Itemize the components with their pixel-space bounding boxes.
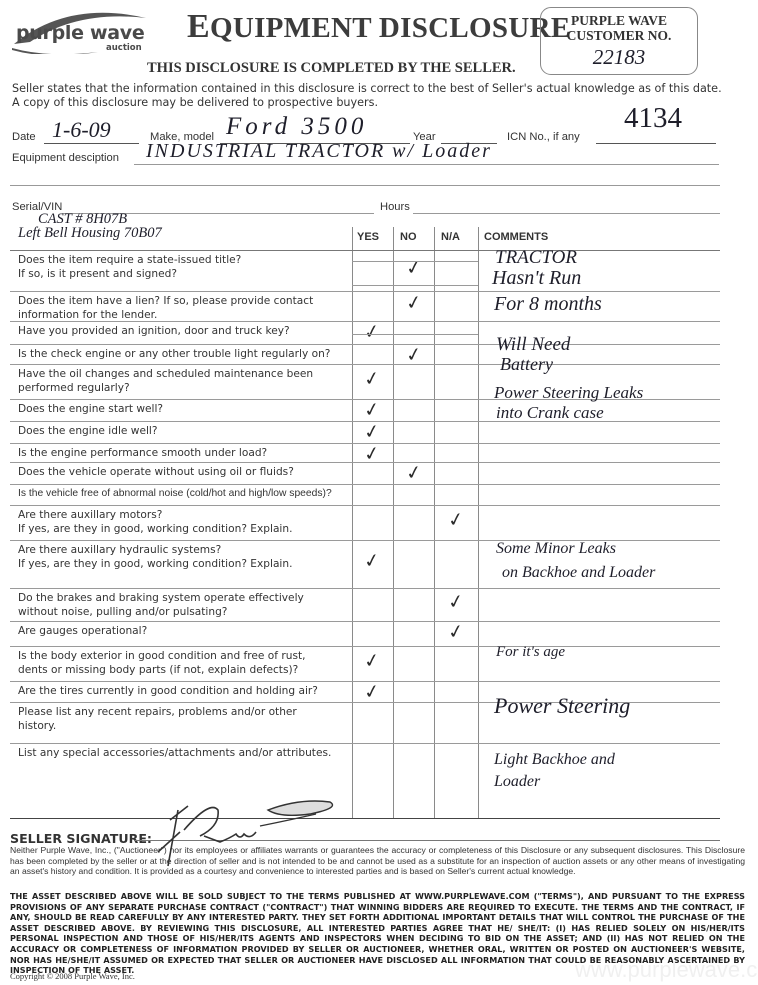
table-row: Does the engine idle well?✓ [10, 421, 720, 443]
answer-cell-na[interactable] [436, 421, 477, 443]
answer-cell-na[interactable] [436, 364, 477, 399]
row-divider [10, 291, 720, 292]
answer-cell-no[interactable] [394, 364, 435, 399]
question-text: Have the oil changes and scheduled maint… [18, 367, 313, 395]
checkmark-icon: ✓ [362, 549, 382, 573]
table-row: Is the vehicle free of abnormal noise (c… [10, 484, 720, 505]
header-na: N/A [441, 231, 460, 243]
answer-cell-yes[interactable] [352, 344, 393, 364]
question-text: Have you provided an ignition, door and … [18, 324, 290, 338]
checkmark-icon: ✓ [362, 398, 382, 422]
checkmark-icon: ✓ [404, 461, 424, 485]
row-divider [10, 621, 720, 622]
page-subtitle: THIS DISCLOSURE IS COMPLETED BY THE SELL… [147, 60, 516, 77]
row-divider [10, 646, 720, 647]
question-text: Does the vehicle operate without using o… [18, 465, 294, 479]
table-row: Does the vehicle operate without using o… [10, 462, 720, 484]
sub-row-divider [352, 285, 478, 286]
table-row: Is the check engine or any other trouble… [10, 344, 720, 364]
copyright-notice: Copyright © 2008 Purple Wave, Inc. [10, 971, 135, 981]
checkmark-icon: ✓ [404, 255, 424, 279]
hours-field[interactable] [413, 200, 720, 214]
column-divider [434, 227, 435, 818]
page-title: EQUIPMENT DISCLOSURE [187, 8, 570, 46]
comment-text[interactable]: Power Steering [494, 693, 630, 719]
header-yes: YES [357, 231, 379, 243]
answer-cell-no[interactable] [394, 621, 435, 646]
checkmark-icon: ✓ [446, 507, 466, 531]
checkmark-icon: ✓ [446, 620, 466, 644]
question-text: Is the check engine or any other trouble… [18, 347, 330, 361]
question-text: Please list any recent repairs, problems… [18, 705, 297, 733]
disclaimer-paragraph: Neither Purple Wave, Inc., ("Auctioneer"… [10, 845, 745, 877]
answer-cell-no[interactable] [394, 702, 435, 743]
comment-text[interactable]: Some Minor Leaks [496, 540, 616, 558]
answer-cell-yes[interactable]: ✓ [352, 364, 393, 399]
question-text: Is the engine performance smooth under l… [18, 446, 267, 460]
checkmark-icon: ✓ [362, 366, 382, 390]
table-row: Are there auxillary motors? If yes, are … [10, 505, 720, 540]
answer-cell-yes[interactable]: ✓ [352, 540, 393, 588]
sub-row-divider [352, 261, 478, 262]
answer-cell-na[interactable] [436, 702, 477, 743]
logo-brand-text: purple wave [16, 22, 144, 44]
answer-cell-na[interactable] [436, 646, 477, 681]
row-divider [10, 743, 720, 744]
question-text: List any special accessories/attachments… [18, 746, 331, 760]
answer-cell-na[interactable] [436, 462, 477, 484]
equipment-description-field[interactable]: INDUSTRIAL TRACTOR w/ Loader [134, 140, 719, 165]
answer-cell-no[interactable] [394, 443, 435, 462]
answer-cell-yes[interactable]: ✓ [352, 443, 393, 462]
answer-cell-na[interactable] [436, 399, 477, 421]
equipment-description-label: Equipment desciption [12, 152, 119, 164]
question-text: Does the item have a lien? If so, please… [18, 294, 313, 322]
row-divider [10, 505, 720, 506]
header-comments: COMMENTS [484, 231, 548, 243]
checkmark-icon: ✓ [362, 320, 382, 344]
question-text: Are gauges operational? [18, 624, 147, 638]
answer-cell-na[interactable] [436, 321, 477, 344]
answer-cell-no[interactable]: ✓ [394, 462, 435, 484]
header-no: NO [400, 231, 417, 243]
answer-cell-yes[interactable]: ✓ [352, 399, 393, 421]
seller-signature-label: SELLER SIGNATURE: [10, 831, 152, 846]
question-text: Is the vehicle free of abnormal noise (c… [18, 487, 332, 501]
checkmark-icon: ✓ [362, 680, 382, 704]
answer-cell-no[interactable] [394, 399, 435, 421]
date-field[interactable]: 1-6-09 [44, 117, 139, 144]
customer-number-box: PURPLE WAVE CUSTOMER NO. 22183 [540, 7, 698, 75]
table-row: Does the item have a lien? If so, please… [10, 291, 720, 321]
comment-text[interactable]: For 8 months [494, 293, 602, 316]
answer-cell-na[interactable] [436, 344, 477, 364]
answer-cell-yes[interactable] [352, 621, 393, 646]
row-divider [10, 321, 720, 322]
answer-cell-yes[interactable]: ✓ [352, 646, 393, 681]
checkmark-icon: ✓ [362, 648, 382, 672]
answer-cell-na[interactable] [436, 743, 477, 818]
answer-cell-no[interactable] [394, 321, 435, 344]
sub-row-divider [352, 334, 478, 335]
answer-cell-no[interactable] [394, 540, 435, 588]
answer-cell-na[interactable] [436, 484, 477, 505]
answer-cell-yes[interactable]: ✓ [352, 321, 393, 344]
answer-cell-yes[interactable]: ✓ [352, 681, 393, 702]
answer-cell-yes[interactable] [352, 702, 393, 743]
table-row: Is the engine performance smooth under l… [10, 443, 720, 462]
checkmark-icon: ✓ [362, 420, 382, 444]
question-text: Does the item require a state-issued tit… [18, 253, 241, 281]
comment-text[interactable]: Battery [500, 354, 553, 375]
answer-cell-yes[interactable] [352, 462, 393, 484]
comment-text[interactable]: For it's age [496, 644, 565, 661]
purple-wave-logo: purple wave auction [8, 8, 158, 54]
comment-text[interactable]: Light Backhoe and [494, 751, 615, 769]
row-divider [10, 681, 720, 682]
table-row: Is the body exterior in good condition a… [10, 646, 720, 681]
answer-cell-na[interactable]: ✓ [436, 621, 477, 646]
comment-text[interactable]: Power Steering Leaks [494, 383, 643, 403]
date-label: Date [12, 131, 36, 143]
answer-cell-na[interactable] [436, 681, 477, 702]
question-text: Are there auxillary motors? If yes, are … [18, 508, 292, 536]
comment-text[interactable]: Loader [494, 773, 540, 791]
comment-text[interactable]: Will Need [496, 334, 570, 356]
serial-vin-value-line2: Left Bell Housing 70B07 [18, 225, 162, 242]
answer-cell-no[interactable] [394, 505, 435, 540]
question-text: Are the tires currently in good conditio… [18, 684, 318, 698]
column-divider [478, 227, 479, 818]
answer-cell-no[interactable] [394, 484, 435, 505]
comment-text[interactable]: TRACTOR [495, 247, 577, 269]
description-extra-line [10, 185, 720, 186]
row-divider [10, 484, 720, 485]
column-divider [352, 227, 353, 818]
answer-cell-na[interactable] [436, 540, 477, 588]
row-divider [10, 462, 720, 463]
answer-cell-no[interactable] [394, 646, 435, 681]
row-divider [10, 344, 720, 345]
answer-cell-na[interactable] [436, 443, 477, 462]
header-rule [10, 250, 720, 251]
answer-cell-no[interactable]: ✓ [394, 291, 435, 321]
answer-cell-yes[interactable] [352, 291, 393, 321]
question-text: Does the engine start well? [18, 402, 163, 416]
answer-cell-yes[interactable] [352, 505, 393, 540]
checkmark-icon: ✓ [446, 589, 466, 613]
row-divider [10, 443, 720, 444]
answer-cell-no[interactable] [394, 421, 435, 443]
comment-text[interactable]: Hasn't Run [492, 267, 581, 290]
checkmark-icon: ✓ [404, 291, 424, 315]
comment-text[interactable]: on Backhoe and Loader [502, 564, 655, 582]
row-divider [10, 421, 720, 422]
customer-number-label: PURPLE WAVE CUSTOMER NO. [541, 13, 697, 43]
question-text: Is the body exterior in good condition a… [18, 649, 306, 677]
icn-field[interactable]: 4134 [596, 102, 716, 144]
answer-cell-na[interactable]: ✓ [436, 505, 477, 540]
table-row: Have you provided an ignition, door and … [10, 321, 720, 344]
answer-cell-no[interactable]: ✓ [394, 344, 435, 364]
answer-cell-yes[interactable]: ✓ [352, 421, 393, 443]
row-divider [10, 588, 720, 589]
logo-sub-text: auction [106, 43, 142, 53]
table-row: Do the brakes and braking system operate… [10, 588, 720, 621]
answer-cell-no[interactable] [394, 588, 435, 621]
website-watermark: www.purplewave.com [575, 957, 758, 983]
answer-cell-na[interactable]: ✓ [436, 588, 477, 621]
answer-cell-yes[interactable] [352, 588, 393, 621]
column-divider [393, 227, 394, 818]
customer-number-value[interactable]: 22183 [541, 45, 697, 70]
hours-label: Hours [380, 201, 410, 213]
question-text: Does the engine idle well? [18, 424, 157, 438]
question-text: Are there auxillary hydraulic systems? I… [18, 543, 292, 571]
question-text: Do the brakes and braking system operate… [18, 591, 304, 619]
answer-cell-no[interactable] [394, 681, 435, 702]
answer-cell-na[interactable] [436, 291, 477, 321]
answer-cell-no[interactable] [394, 743, 435, 818]
table-row: Are gauges operational?✓ [10, 621, 720, 646]
row-divider [10, 364, 720, 365]
table-bottom-rule [10, 818, 720, 819]
comment-text[interactable]: into Crank case [496, 403, 604, 423]
answer-cell-yes[interactable] [352, 743, 393, 818]
answer-cell-yes[interactable] [352, 484, 393, 505]
